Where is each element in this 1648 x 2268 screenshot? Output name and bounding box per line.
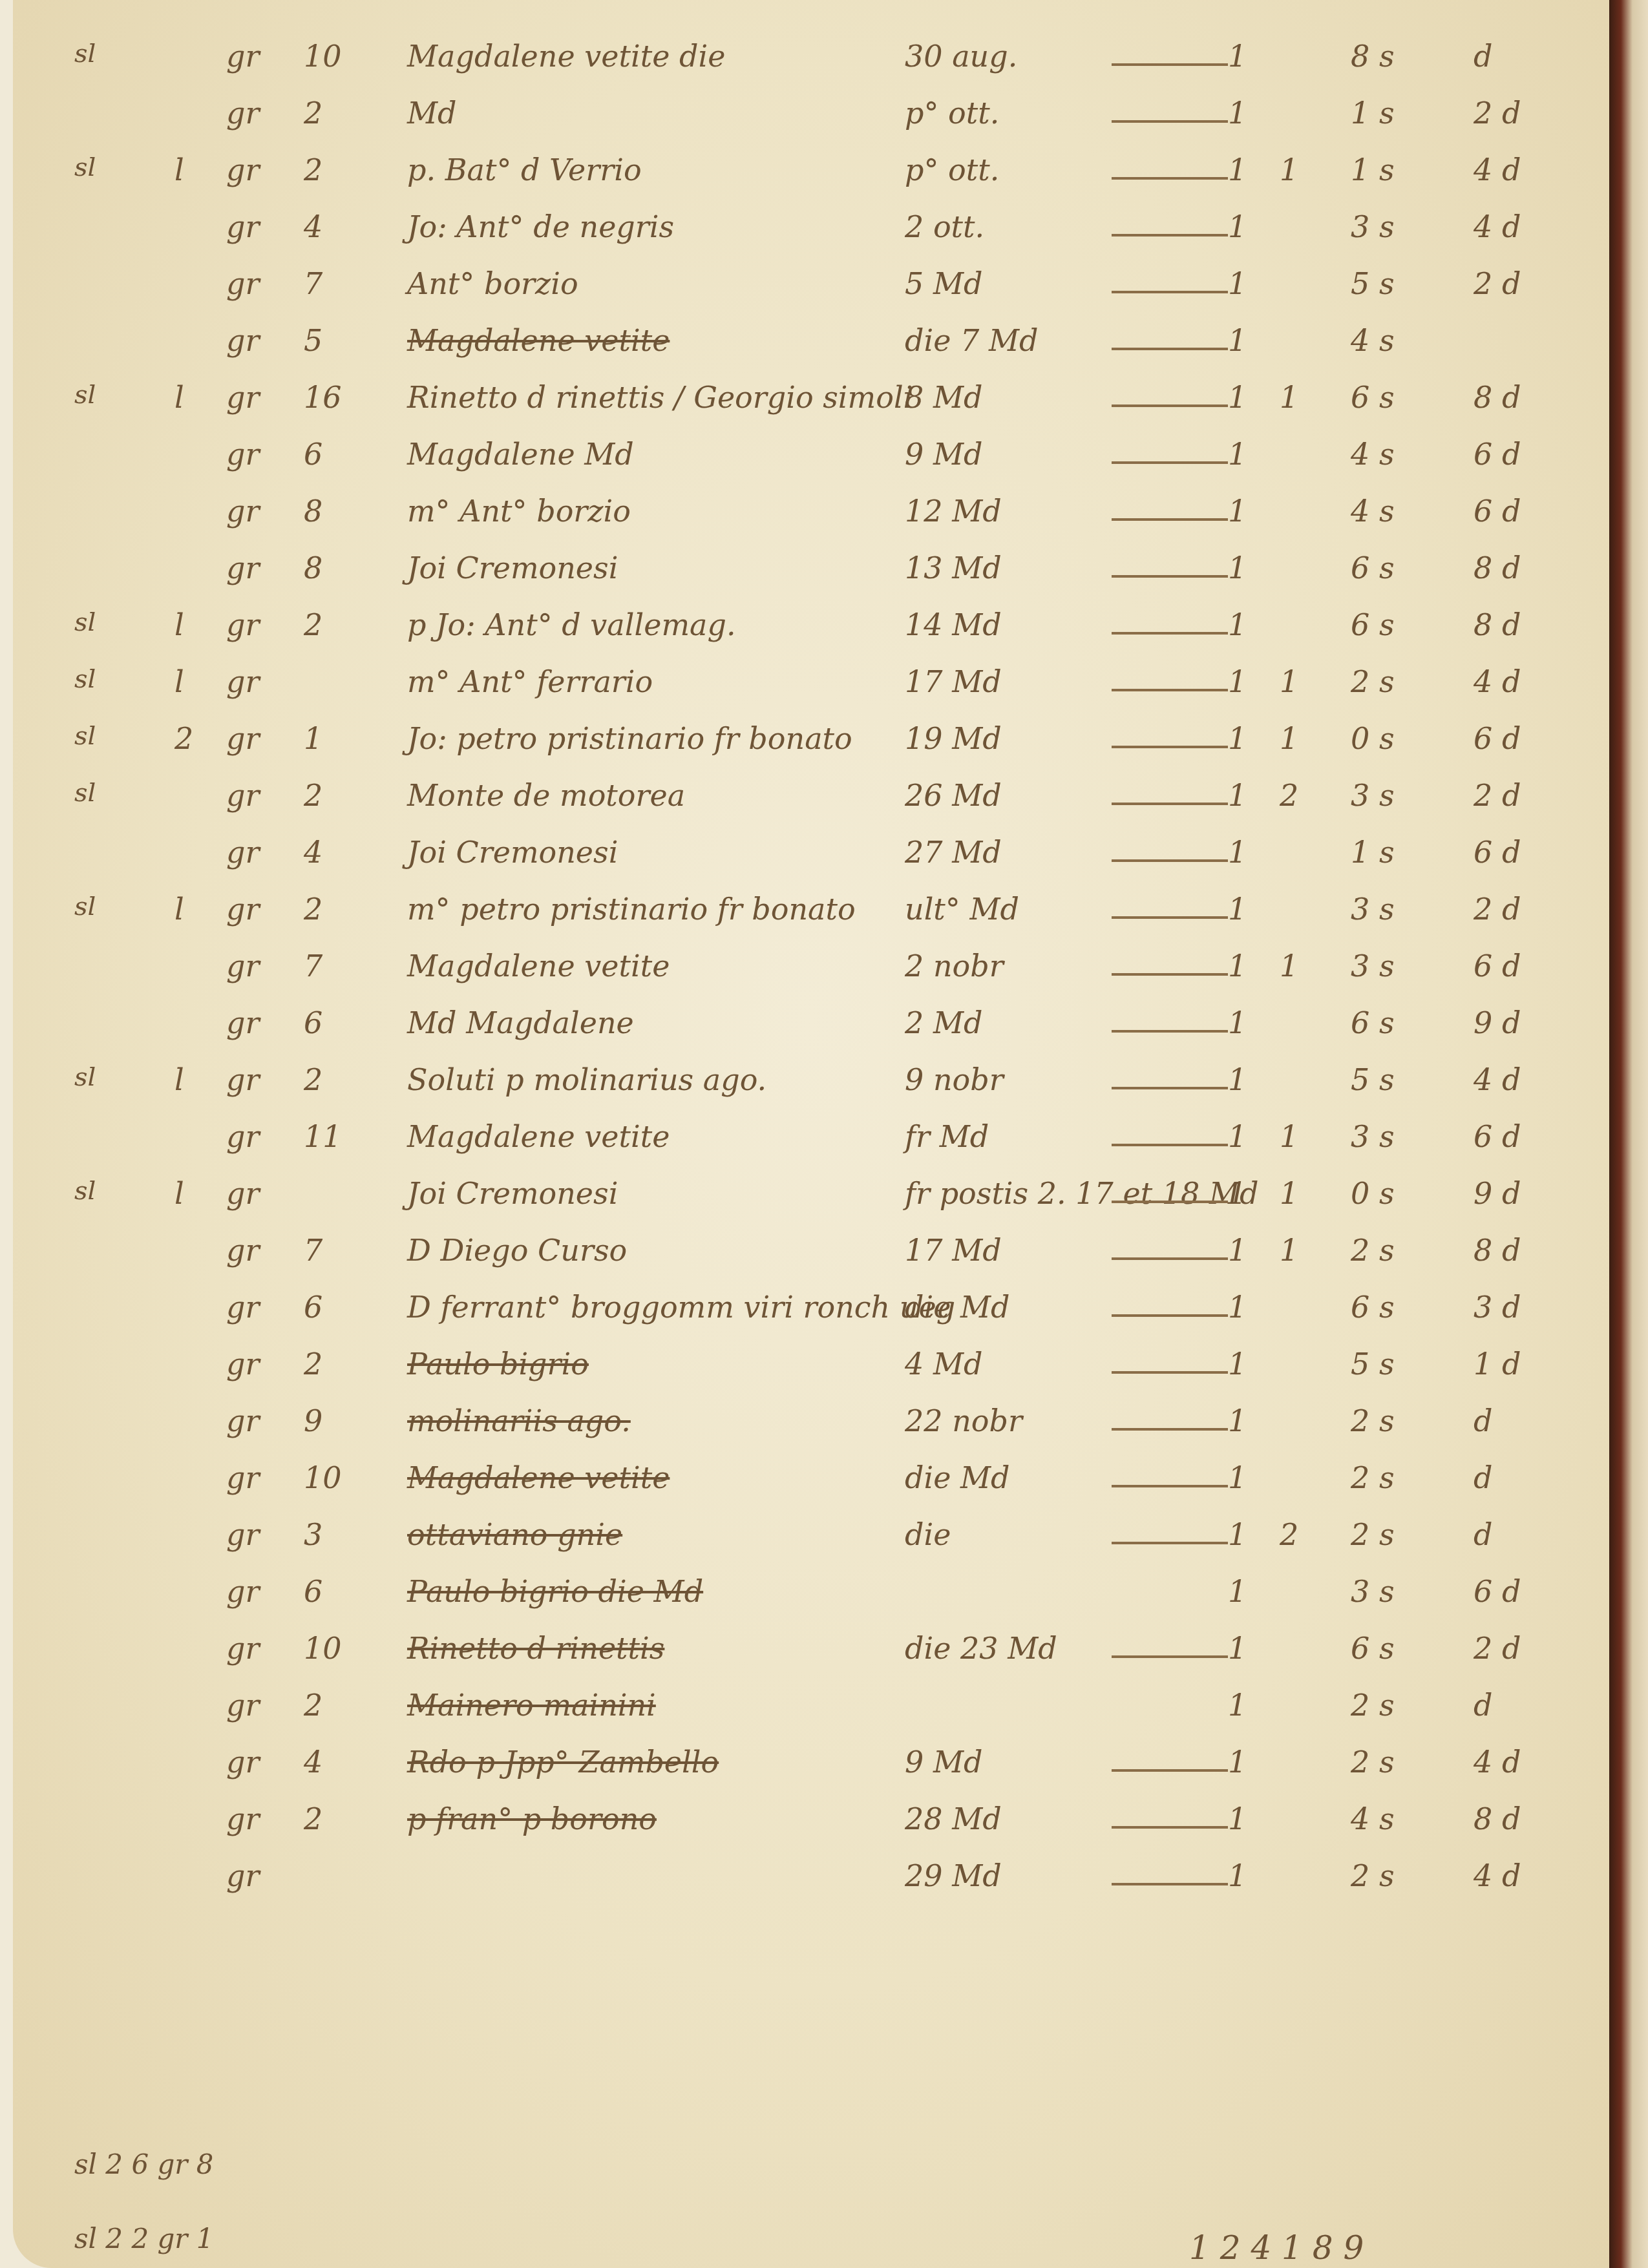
denari: 4 d <box>1474 209 1521 244</box>
quantity: 10 <box>304 1460 342 1495</box>
extra: 1 <box>1280 721 1298 756</box>
entry-date: fr Md <box>905 1119 989 1154</box>
soldi: 4 s <box>1351 494 1395 529</box>
quantity: 6 <box>304 437 322 472</box>
ledger-row: sllgr16Rinetto d rinettis / Georgio simo… <box>13 380 1596 432</box>
ledger-dash <box>1112 973 1228 976</box>
quantity: 2 <box>304 1688 322 1723</box>
quantity: 4 <box>304 835 322 870</box>
lire: 1 <box>1228 1176 1247 1211</box>
entry-date: 2 nobr <box>905 949 1004 983</box>
entry-name: Ant° borzio <box>407 266 578 301</box>
quantity: 11 <box>304 1119 342 1154</box>
lire: 1 <box>1228 778 1247 813</box>
entry-name: Magdalene vetite <box>407 1460 670 1495</box>
gr-label: gr <box>226 323 259 358</box>
entry-name: Md <box>407 96 457 131</box>
denari: 6 d <box>1474 494 1521 529</box>
entry-name: Md Magdalene <box>407 1005 634 1040</box>
entry-date: 17 Md <box>905 1233 1002 1268</box>
lire: 1 <box>1228 494 1247 529</box>
denari: 2 d <box>1474 892 1521 927</box>
lire: 1 <box>1228 1290 1247 1325</box>
entry-name: Soluti p molinarius ago. <box>407 1062 766 1097</box>
extra: 1 <box>1280 664 1298 699</box>
soldi: 2 s <box>1351 1858 1395 1893</box>
entry-name: Rinetto d rinettis <box>407 1631 664 1666</box>
ledger-row: slgr2Monte de motorea26 Md123 s2 d <box>13 778 1596 830</box>
lire: 1 <box>1228 1233 1247 1268</box>
count-mark: l <box>174 892 184 927</box>
quantity: 7 <box>304 949 322 983</box>
gr-label: gr <box>226 266 259 301</box>
ledger-row: gr29 Md12 s4 d <box>13 1858 1596 1910</box>
gr-label: gr <box>226 778 259 813</box>
entry-date: 13 Md <box>905 551 1002 585</box>
ledger-dash <box>1112 1030 1228 1033</box>
ledger-dash <box>1112 1371 1228 1374</box>
ledger-row: gr2p fran° p borono28 Md14 s8 d <box>13 1801 1596 1853</box>
quantity: 2 <box>304 778 322 813</box>
denari: 4 d <box>1474 1745 1521 1780</box>
extra: 1 <box>1280 152 1298 187</box>
ledger-row: gr6Magdalene Md9 Md14 s6 d <box>13 437 1596 488</box>
gr-label: gr <box>226 892 259 927</box>
gr-label: gr <box>226 607 259 642</box>
entry-date: 9 nobr <box>905 1062 1004 1097</box>
quantity: 7 <box>304 266 322 301</box>
quantity: 2 <box>304 892 322 927</box>
extra: 2 <box>1280 778 1298 813</box>
denari: 4 d <box>1474 1062 1521 1097</box>
denari: 6 d <box>1474 949 1521 983</box>
ledger-row: sllgr2p Jo: Ant° d vallemag.14 Md16 s8 d <box>13 607 1596 659</box>
ledger-dash <box>1112 291 1228 293</box>
quantity: 6 <box>304 1005 322 1040</box>
entry-date: 29 Md <box>905 1858 1002 1893</box>
entry-name: m° Ant° borzio <box>407 494 631 529</box>
denari: 8 d <box>1474 1801 1521 1836</box>
entry-name: Jo: Ant° de negris <box>407 209 674 244</box>
margin-mark: sl <box>74 1062 96 1092</box>
ledger-page: slgr10Magdalene vetite die30 aug.18 sdgr… <box>13 0 1609 2268</box>
denari: 8 d <box>1474 551 1521 585</box>
entry-date: die Md <box>905 1290 1010 1325</box>
ledger-dash <box>1112 1087 1228 1089</box>
ledger-row: sllgr2Soluti p molinarius ago.9 nobr15 s… <box>13 1062 1596 1114</box>
denari: 1 d <box>1474 1347 1521 1381</box>
ledger-row: gr7Ant° borzio5 Md15 s2 d <box>13 266 1596 318</box>
quantity: 2 <box>304 607 322 642</box>
entry-date: die <box>905 1517 951 1552</box>
lire: 1 <box>1228 380 1247 415</box>
denari: 6 d <box>1474 1574 1521 1609</box>
gr-label: gr <box>226 96 259 131</box>
ledger-row: gr8Joi Cremonesi13 Md16 s8 d <box>13 551 1596 602</box>
soldi: 4 s <box>1351 437 1395 472</box>
book-binding <box>1609 0 1648 2268</box>
margin-mark: sl <box>74 39 96 68</box>
margin-mark: sl <box>74 664 96 694</box>
ledger-row: gr11Magdalene vetitefr Md113 s6 d <box>13 1119 1596 1171</box>
lire: 1 <box>1228 1403 1247 1438</box>
ledger-dash <box>1112 1655 1228 1658</box>
count-mark: l <box>174 1176 184 1211</box>
quantity: 10 <box>304 1631 342 1666</box>
soldi: 1 s <box>1351 835 1395 870</box>
entry-date: 2 ott. <box>905 209 984 244</box>
ledger-row: gr4Rdo p Jpp° Zambello9 Md12 s4 d <box>13 1745 1596 1796</box>
soldi: 5 s <box>1351 1347 1395 1381</box>
lire: 1 <box>1228 1460 1247 1495</box>
soldi: 6 s <box>1351 551 1395 585</box>
entry-date: 5 Md <box>905 266 982 301</box>
ledger-dash <box>1112 1485 1228 1487</box>
soldi: 2 s <box>1351 1233 1395 1268</box>
denari: 6 d <box>1474 437 1521 472</box>
soldi: 2 s <box>1351 1460 1395 1495</box>
ledger-row: gr6Md Magdalene2 Md16 s9 d <box>13 1005 1596 1057</box>
ledger-row: gr2Mainero mainini12 sd <box>13 1688 1596 1739</box>
ledger-row: gr7Magdalene vetite2 nobr113 s6 d <box>13 949 1596 1000</box>
lire: 1 <box>1228 152 1247 187</box>
lire: 1 <box>1228 1745 1247 1780</box>
soldi: 3 s <box>1351 1119 1395 1154</box>
ledger-dash <box>1112 1314 1228 1317</box>
gr-label: gr <box>226 1233 259 1268</box>
entry-date: 9 Md <box>905 437 982 472</box>
extra: 1 <box>1280 1233 1298 1268</box>
soldi: 4 s <box>1351 323 1395 358</box>
entry-date: ult° Md <box>905 892 1019 927</box>
soldi: 6 s <box>1351 1005 1395 1040</box>
count-mark: l <box>174 1062 184 1097</box>
gr-label: gr <box>226 1403 259 1438</box>
denari: d <box>1474 1517 1492 1552</box>
lire: 1 <box>1228 551 1247 585</box>
lire: 1 <box>1228 437 1247 472</box>
denari: 2 d <box>1474 266 1521 301</box>
ledger-dash <box>1112 518 1228 521</box>
ledger-dash <box>1112 859 1228 862</box>
gr-label: gr <box>226 39 259 74</box>
entry-date: 27 Md <box>905 835 1002 870</box>
ledger-dash <box>1112 404 1228 407</box>
entry-name: Joi Cremonesi <box>407 551 618 585</box>
quantity: 4 <box>304 209 322 244</box>
soldi: 5 s <box>1351 1062 1395 1097</box>
ledger-dash <box>1112 916 1228 919</box>
entry-date: 12 Md <box>905 494 1002 529</box>
margin-mark: sl <box>74 607 96 637</box>
entry-name: p. Bat° d Verrio <box>407 152 642 187</box>
extra: 2 <box>1280 1517 1298 1552</box>
entry-name: Monte de motorea <box>407 778 685 813</box>
gr-label: gr <box>226 1005 259 1040</box>
quantity: 2 <box>304 1801 322 1836</box>
entry-date: 2 Md <box>905 1005 982 1040</box>
ledger-row: gr9molinariis ago.22 nobr12 sd <box>13 1403 1596 1455</box>
gr-label: gr <box>226 152 259 187</box>
margin-mark: sl <box>74 778 96 808</box>
gr-label: gr <box>226 1631 259 1666</box>
denari: 8 d <box>1474 380 1521 415</box>
entry-name: Magdalene vetite <box>407 949 670 983</box>
entry-name: Magdalene vetite die <box>407 39 725 74</box>
ledger-row: sl2gr1Jo: petro pristinario fr bonato19 … <box>13 721 1596 773</box>
entry-date: 22 nobr <box>905 1403 1022 1438</box>
soldi: 2 s <box>1351 1403 1395 1438</box>
quantity: 6 <box>304 1574 322 1609</box>
soldi: 6 s <box>1351 380 1395 415</box>
entry-date: 30 aug. <box>905 39 1017 74</box>
ledger-dash <box>1112 1542 1228 1544</box>
count-mark: l <box>174 152 184 187</box>
quantity: 3 <box>304 1517 322 1552</box>
quantity: 1 <box>304 721 322 756</box>
count-mark: l <box>174 607 184 642</box>
ledger-row: gr2Mdp° ott.11 s2 d <box>13 96 1596 147</box>
denari: d <box>1474 1688 1492 1723</box>
denari: 6 d <box>1474 835 1521 870</box>
ledger-row: gr10Magdalene vetitedie Md12 sd <box>13 1460 1596 1512</box>
entry-name: molinariis ago. <box>407 1403 631 1438</box>
quantity: 4 <box>304 1745 322 1780</box>
denari: 9 d <box>1474 1005 1521 1040</box>
ledger-dash <box>1112 632 1228 635</box>
denari: d <box>1474 1403 1492 1438</box>
entry-name: Joi Cremonesi <box>407 1176 618 1211</box>
ledger-row: gr5Magdalene vetitedie 7 Md14 s <box>13 323 1596 375</box>
gr-label: gr <box>226 1801 259 1836</box>
gr-label: gr <box>226 1290 259 1325</box>
ledger-dash <box>1112 689 1228 691</box>
entry-date: 9 Md <box>905 1745 982 1780</box>
entry-name: Rdo p Jpp° Zambello <box>407 1745 719 1780</box>
lire: 1 <box>1228 664 1247 699</box>
entry-date: p° ott. <box>905 152 999 187</box>
soldi: 4 s <box>1351 1801 1395 1836</box>
footer-subtotal: sl 2 2 gr 1 <box>74 2223 214 2254</box>
denari: 4 d <box>1474 152 1521 187</box>
soldi: 3 s <box>1351 1574 1395 1609</box>
ledger-row: sllgrJoi Cremonesifr postis 2. 17 et 18 … <box>13 1176 1596 1228</box>
denari: 8 d <box>1474 607 1521 642</box>
margin-mark: sl <box>74 380 96 410</box>
quantity: 2 <box>304 1347 322 1381</box>
entry-name: D Diego Curso <box>407 1233 627 1268</box>
ledger-dash <box>1112 1201 1228 1203</box>
extra: 1 <box>1280 949 1298 983</box>
denari: 2 d <box>1474 778 1521 813</box>
denari: 3 d <box>1474 1290 1521 1325</box>
entry-name: ottaviano gnie <box>407 1517 622 1552</box>
lire: 1 <box>1228 323 1247 358</box>
gr-label: gr <box>226 664 259 699</box>
entry-name: Mainero mainini <box>407 1688 656 1723</box>
ledger-dash <box>1112 63 1228 66</box>
soldi: 5 s <box>1351 266 1395 301</box>
ledger-row: gr6Paulo bigrio die Md13 s6 d <box>13 1574 1596 1626</box>
soldi: 2 s <box>1351 664 1395 699</box>
ledger-row: sllgrm° Ant° ferrario17 Md112 s4 d <box>13 664 1596 716</box>
ledger-row: gr2Paulo bigrio4 Md15 s1 d <box>13 1347 1596 1398</box>
ledger-dash <box>1112 1769 1228 1772</box>
ledger-dash <box>1112 1257 1228 1260</box>
soldi: 0 s <box>1351 721 1395 756</box>
gr-label: gr <box>226 437 259 472</box>
quantity: 9 <box>304 1403 322 1438</box>
quantity: 8 <box>304 494 322 529</box>
quantity: 8 <box>304 551 322 585</box>
ledger-dash <box>1112 120 1228 123</box>
lire: 1 <box>1228 721 1247 756</box>
gr-label: gr <box>226 1460 259 1495</box>
lire: 1 <box>1228 1005 1247 1040</box>
gr-label: gr <box>226 1688 259 1723</box>
quantity: 2 <box>304 96 322 131</box>
footer-subtotal-struck: sl 2 6 gr 8 <box>74 2148 214 2180</box>
ledger-dash <box>1112 1428 1228 1431</box>
count-mark: l <box>174 664 184 699</box>
lire: 1 <box>1228 209 1247 244</box>
ledger-dash <box>1112 575 1228 578</box>
count-mark: 2 <box>174 721 193 756</box>
lire: 1 <box>1228 1574 1247 1609</box>
quantity: 7 <box>304 1233 322 1268</box>
soldi: 2 s <box>1351 1745 1395 1780</box>
entry-date: 14 Md <box>905 607 1002 642</box>
gr-label: gr <box>226 1517 259 1552</box>
gr-label: gr <box>226 1176 259 1211</box>
entry-name: Magdalene vetite <box>407 1119 670 1154</box>
entry-date: die 7 Md <box>905 323 1038 358</box>
margin-mark: sl <box>74 721 96 751</box>
lire: 1 <box>1228 1801 1247 1836</box>
entry-name: Rinetto d rinettis / Georgio simoli <box>407 380 913 415</box>
entry-date: 17 Md <box>905 664 1002 699</box>
entry-date: 28 Md <box>905 1801 1002 1836</box>
gr-label: gr <box>226 1062 259 1097</box>
ledger-row: gr4Jo: Ant° de negris2 ott.13 s4 d <box>13 209 1596 261</box>
lire: 1 <box>1228 96 1247 131</box>
ledger-row: slgr10Magdalene vetite die30 aug.18 sd <box>13 39 1596 90</box>
count-mark: l <box>174 380 184 415</box>
soldi: 6 s <box>1351 607 1395 642</box>
entry-name: p fran° p borono <box>407 1801 657 1836</box>
quantity: 2 <box>304 152 322 187</box>
lire: 1 <box>1228 1631 1247 1666</box>
ledger-dash <box>1112 348 1228 350</box>
gr-label: gr <box>226 551 259 585</box>
ledger-dash <box>1112 461 1228 464</box>
ledger-dash <box>1112 234 1228 236</box>
soldi: 2 s <box>1351 1688 1395 1723</box>
denari: d <box>1474 39 1492 74</box>
entry-date: 4 Md <box>905 1347 982 1381</box>
entry-date: die 23 Md <box>905 1631 1057 1666</box>
soldi: 1 s <box>1351 96 1395 131</box>
lire: 1 <box>1228 835 1247 870</box>
margin-mark: sl <box>74 892 96 921</box>
soldi: 3 s <box>1351 949 1395 983</box>
quantity: 6 <box>304 1290 322 1325</box>
lire: 1 <box>1228 1858 1247 1893</box>
lire: 1 <box>1228 892 1247 927</box>
ledger-row: gr10Rinetto d rinettisdie 23 Md16 s2 d <box>13 1631 1596 1683</box>
ledger-dash <box>1112 803 1228 805</box>
denari: 6 d <box>1474 721 1521 756</box>
ledger-row: sllgr2p. Bat° d Verriop° ott.111 s4 d <box>13 152 1596 204</box>
lire: 1 <box>1228 1517 1247 1552</box>
gr-label: gr <box>226 1574 259 1609</box>
denari: 4 d <box>1474 1858 1521 1893</box>
lire: 1 <box>1228 1688 1247 1723</box>
gr-label: gr <box>226 380 259 415</box>
soldi: 2 s <box>1351 1517 1395 1552</box>
entry-name: D ferrant° broggomm viri ronch ueg <box>407 1290 955 1325</box>
gr-label: gr <box>226 494 259 529</box>
soldi: 3 s <box>1351 778 1395 813</box>
entry-name: m° Ant° ferrario <box>407 664 653 699</box>
margin-mark: sl <box>74 1176 96 1206</box>
lire: 1 <box>1228 949 1247 983</box>
soldi: 0 s <box>1351 1176 1395 1211</box>
lire: 1 <box>1228 607 1247 642</box>
entry-name: Joi Cremonesi <box>407 835 618 870</box>
gr-label: gr <box>226 1858 259 1893</box>
denari: 2 d <box>1474 1631 1521 1666</box>
denari: 9 d <box>1474 1176 1521 1211</box>
ledger-dash <box>1112 1883 1228 1885</box>
gr-label: gr <box>226 1347 259 1381</box>
soldi: 8 s <box>1351 39 1395 74</box>
ledger-dash <box>1112 1826 1228 1829</box>
soldi: 3 s <box>1351 892 1395 927</box>
gr-label: gr <box>226 835 259 870</box>
entry-name: Paulo bigrio <box>407 1347 589 1381</box>
margin-mark: sl <box>74 152 96 182</box>
quantity: 16 <box>304 380 342 415</box>
ledger-row: gr3ottaviano gniedie122 sd <box>13 1517 1596 1569</box>
lire: 1 <box>1228 1347 1247 1381</box>
entry-name: p Jo: Ant° d vallemag. <box>407 607 736 642</box>
entry-date: 8 Md <box>905 380 982 415</box>
ledger-dash <box>1112 177 1228 180</box>
extra: 1 <box>1280 1119 1298 1154</box>
gr-label: gr <box>226 949 259 983</box>
entry-name: Magdalene vetite <box>407 323 670 358</box>
denari: 2 d <box>1474 96 1521 131</box>
ledger-row: gr4Joi Cremonesi27 Md11 s6 d <box>13 835 1596 887</box>
denari: d <box>1474 1460 1492 1495</box>
gr-label: gr <box>226 209 259 244</box>
entry-date: fr postis 2. 17 et 18 Md <box>905 1176 1259 1211</box>
lire: 1 <box>1228 1119 1247 1154</box>
gr-label: gr <box>226 721 259 756</box>
footer-total: 1 2 4 1 8 9 <box>1189 2229 1364 2267</box>
entry-date: 19 Md <box>905 721 1002 756</box>
lire: 1 <box>1228 1062 1247 1097</box>
ledger-row: gr7D Diego Curso17 Md112 s8 d <box>13 1233 1596 1285</box>
denari: 8 d <box>1474 1233 1521 1268</box>
ledger-row: gr8m° Ant° borzio12 Md14 s6 d <box>13 494 1596 545</box>
ledger-dash <box>1112 746 1228 748</box>
ledger-row: sllgr2m° petro pristinario fr bonatoult°… <box>13 892 1596 943</box>
entry-name: Jo: petro pristinario fr bonato <box>407 721 852 756</box>
extra: 1 <box>1280 1176 1298 1211</box>
soldi: 6 s <box>1351 1290 1395 1325</box>
